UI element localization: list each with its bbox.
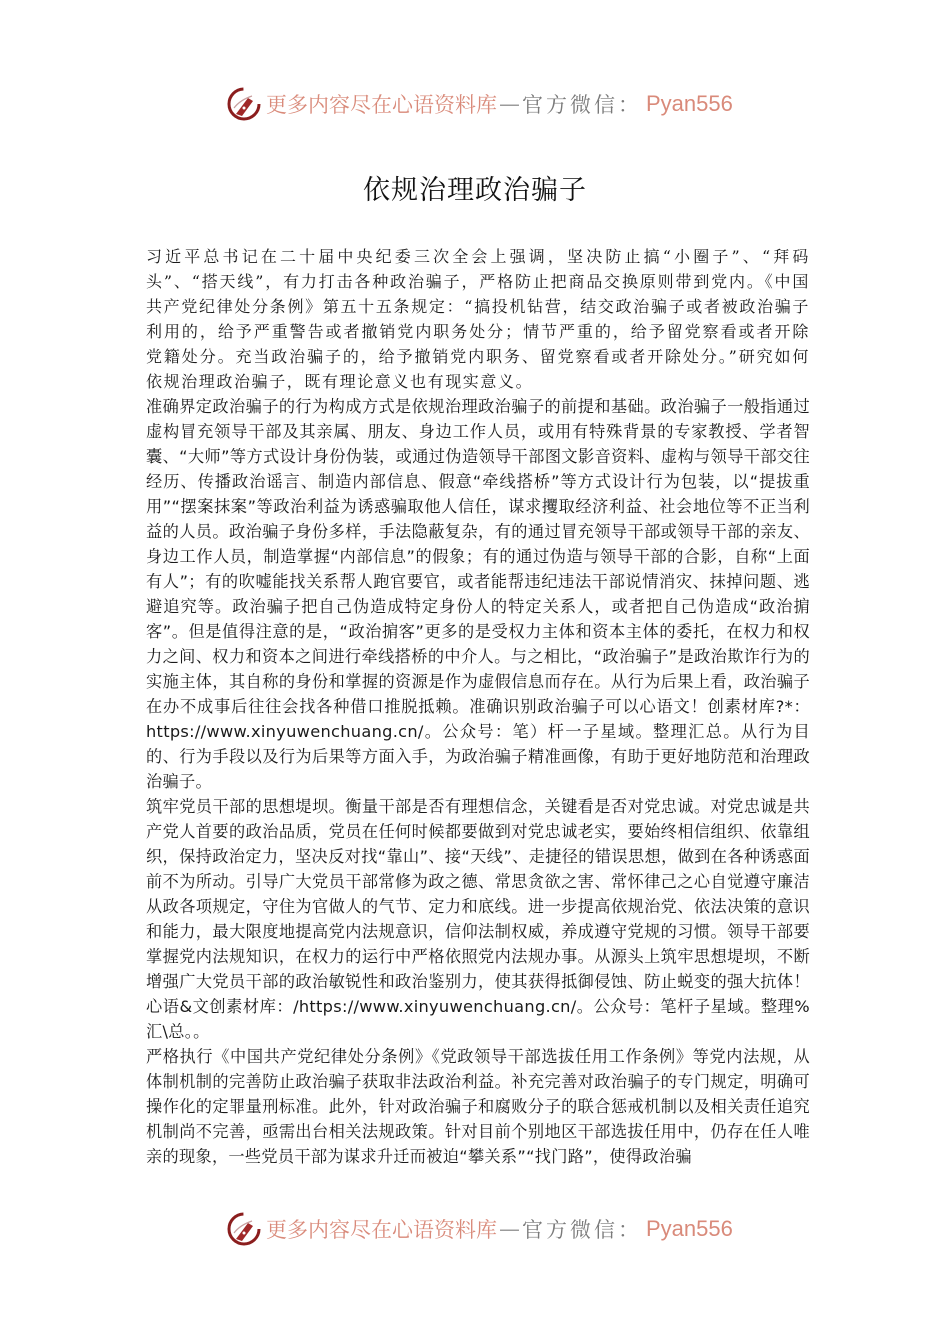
quill-pen-logo-icon: [226, 86, 262, 122]
paragraph-ideology: 筑牢党员干部的思想堤坝。衡量干部是否有理想信念，关键看是否对党忠诚。对党忠诚是共…: [146, 794, 810, 1044]
paragraph-regulation: 严格执行《中国共产党纪律处分条例》《党政领导干部选拔任用工作条例》等党内法规，从…: [146, 1044, 810, 1169]
footer-watermark-banner: 更多内容尽在心语资料库 — 官方微信： Pyan556: [226, 1209, 733, 1249]
header-watermark-banner: 更多内容尽在心语资料库 — 官方微信： Pyan556: [226, 84, 733, 124]
banner-main-text: 更多内容尽在心语资料库: [266, 1214, 497, 1244]
banner-wechat-id: Pyan556: [646, 91, 733, 117]
paragraph-intro: 习近平总书记在二十届中央纪委三次全会上强调，坚决防止搞“小圈子”、“拜码头”、“…: [146, 244, 810, 394]
banner-dash: —: [499, 1217, 520, 1241]
paragraph-definition: 准确界定政治骗子的行为构成方式是依规治理政治骗子的前提和基础。政治骗子一般指通过…: [146, 394, 810, 794]
banner-wechat-label: 官方微信：: [522, 89, 642, 119]
banner-wechat-label: 官方微信：: [522, 1214, 642, 1244]
document-body: 习近平总书记在二十届中央纪委三次全会上强调，坚决防止搞“小圈子”、“拜码头”、“…: [146, 244, 810, 1169]
quill-pen-logo-icon: [226, 1211, 262, 1247]
banner-dash: —: [499, 92, 520, 116]
document-title: 依规治理政治骗子: [0, 168, 950, 207]
banner-wechat-id: Pyan556: [646, 1216, 733, 1242]
banner-main-text: 更多内容尽在心语资料库: [266, 89, 497, 119]
